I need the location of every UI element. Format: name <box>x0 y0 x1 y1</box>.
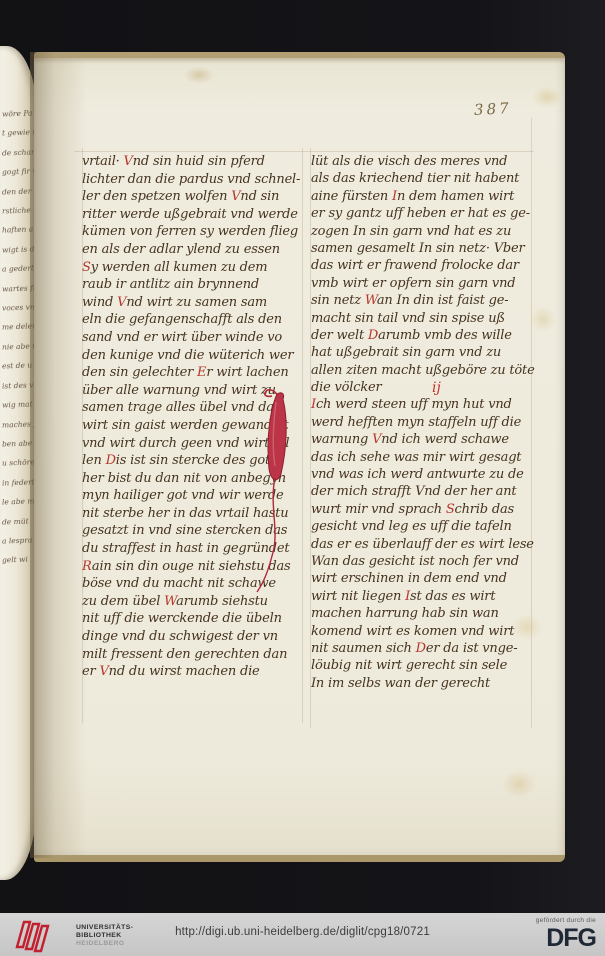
manuscript-line: Wan das gesicht ist noch fer vnd <box>311 553 537 570</box>
manuscript-line: lichter dan die pardus vnd schnel- <box>82 171 308 189</box>
manuscript-line: löubig nit wirt gerecht sin sele <box>311 657 537 674</box>
facing-page-text-fragment: a lespra <box>0 530 36 551</box>
manuscript-line: ritter werde ußgebrait vnd werde <box>82 206 308 224</box>
manuscript-line: das wirt er frawend frolocke dar <box>311 257 537 274</box>
manuscript-line: allen ziten macht ußgeböre zu töte <box>311 362 537 379</box>
facing-page-text-fragment: voces vnd d <box>0 297 36 318</box>
funding-note: gefördert durch die <box>536 917 596 924</box>
folio-number: 387 <box>474 99 513 119</box>
facing-page-text-fragment: u schöre <box>0 453 36 474</box>
manuscript-line: wirt nit liegen Ist das es wirt <box>311 588 537 605</box>
manuscript-line: das ich sehe was mir wirt gesagt <box>311 449 537 466</box>
manuscript-line: hat ußgebrait sin garn vnd zu <box>311 344 537 361</box>
manuscript-line: nit saumen sich Der da ist vnge- <box>311 640 537 657</box>
quire-mark: ij <box>432 380 441 396</box>
facing-page-text-fragment: de scham <box>0 142 36 163</box>
facing-page-text-fragment: wöre Pa <box>0 103 36 124</box>
manuscript-line: der mich strafft Vnd der her ant <box>311 483 537 500</box>
manuscript-line: den kunige vnd die wüterich wer <box>82 347 308 365</box>
manuscript-line: nit uff die werckende die übeln <box>82 610 308 628</box>
facing-page-text-fragment: t gewie n <box>0 123 36 144</box>
rubricated-letter: E <box>197 365 206 380</box>
manuscript-line: dinge vnd du schwigest der vn <box>82 628 308 646</box>
manuscript-line: raub ir antlitz ain brynnend <box>82 276 308 294</box>
manuscript-line: sand vnd er wirt über winde vo <box>82 329 308 347</box>
rubricated-letter: V <box>117 295 126 310</box>
manuscript-line: milt fressent den gerechten dan <box>82 646 308 664</box>
ub-logo-line3: HEIDELBERG <box>76 940 133 948</box>
manuscript-line: als das kriechend tier nit habent <box>311 170 537 187</box>
rubricated-letter: D <box>106 453 116 468</box>
parchment-stain <box>184 66 214 84</box>
rubricated-letter: V <box>99 664 108 679</box>
manuscript-line: Sy werden all kumen zu dem <box>82 259 308 277</box>
facing-page-fragments: wöre Pat gewie nde schamgogt fir wden de… <box>0 104 36 570</box>
facing-page-text-fragment: wig mat <box>0 394 36 415</box>
facing-page-text-fragment: de müt <box>0 511 36 532</box>
manuscript-line: den sin gelechter Er wirt lachen <box>82 364 308 382</box>
manuscript-line: samen gesamelt In sin netz· Vber <box>311 240 537 257</box>
manuscript-line: wirt erschinen in dem end vnd <box>311 570 537 587</box>
manuscript-line: en als der adlar ylend zu essen <box>82 241 308 259</box>
rubricated-letter: V <box>372 432 381 447</box>
facing-page-text-fragment: gelt wi <box>0 550 36 571</box>
manuscript-line: kümen von ferren sy werden flieg <box>82 223 308 241</box>
rubricated-letter: S <box>446 502 455 517</box>
rubricated-letter: W <box>164 594 176 609</box>
facing-page-text-fragment: rstliche m <box>0 200 36 221</box>
rubricated-letter: V <box>124 154 133 169</box>
initial-flourish-decoration <box>254 386 300 606</box>
manuscript-line: vnd was ich werd antwurte zu de <box>311 466 537 483</box>
manuscript-line: er Vnd du wirst machen die <box>82 663 308 681</box>
ruling-line <box>74 151 534 152</box>
facing-page-text-fragment: le abe m <box>0 492 36 513</box>
rubricated-letter <box>411 484 415 499</box>
manuscript-line: gesicht vnd leg es uff die tafeln <box>311 518 537 535</box>
rubricated-letter: I <box>392 189 397 204</box>
manuscript-line: eln die gefangenschafft als den <box>82 311 308 329</box>
facing-page-text-fragment: a gederbn <box>0 259 36 280</box>
manuscript-line: aine fürsten In dem hamen wirt <box>311 188 537 205</box>
manuscript-line: vmb wirt er opfern sin garn vnd <box>311 275 537 292</box>
footer-bar: UNIVERSITÄTS- BIBLIOTHEK HEIDELBERG http… <box>0 913 605 956</box>
scan-viewport: 387 vrtail· Vnd sin huid sin pferdlichte… <box>0 0 605 956</box>
facing-page-text-fragment: in federt <box>0 472 36 493</box>
manuscript-line: die völcker <box>311 379 537 396</box>
rubricated-letter: V <box>231 189 240 204</box>
rubricated-letter: D <box>368 328 378 343</box>
parchment-stain <box>502 770 536 798</box>
facing-page-text-fragment: wigt is d <box>0 239 36 260</box>
manuscript-line: ler den spetzen wolfen Vnd sin <box>82 188 308 206</box>
facing-page-text-fragment: wartes fil <box>0 278 36 299</box>
parchment-stain <box>532 86 562 108</box>
manuscript-line: lüt als die visch des meres vnd <box>311 153 537 170</box>
manuscript-page: 387 vrtail· Vnd sin huid sin pferdlichte… <box>34 52 565 862</box>
facing-page-text-fragment: nie abe m <box>0 336 36 357</box>
rubricated-letter: S <box>82 260 91 275</box>
digitization-url: http://digi.ub.uni-heidelberg.de/diglit/… <box>0 926 605 938</box>
manuscript-line: Ich werd steen uff myn hut vnd <box>311 396 537 413</box>
manuscript-line: zogen In sin garn vnd hat es zu <box>311 223 537 240</box>
dfg-logo: DFG <box>536 926 596 950</box>
facing-page-text-fragment: maches fe <box>0 414 36 435</box>
manuscript-line: warnung Vnd ich werd schawe <box>311 431 537 448</box>
facing-page-text-fragment: me delere <box>0 317 36 338</box>
facing-page-text-fragment: haften a <box>0 220 36 241</box>
manuscript-line: wind Vnd wirt zu samen sam <box>82 294 308 312</box>
text-column-right: lüt als die visch des meres vndals das k… <box>311 153 537 692</box>
rubricated-letter: I <box>405 589 410 604</box>
facing-page-edge: wöre Pat gewie nde schamgogt fir wden de… <box>0 46 37 880</box>
manuscript-line: werd hefften myn staffeln uff die <box>311 414 537 431</box>
manuscript-line: In im selbs wan der gerecht <box>311 675 537 692</box>
manuscript-line: vrtail· Vnd sin huid sin pferd <box>82 153 308 171</box>
manuscript-line: der welt Darumb vmb des wille <box>311 327 537 344</box>
facing-page-text-fragment: ist des ve <box>0 375 36 396</box>
manuscript-line: das er es überlauff der es wirt lese <box>311 536 537 553</box>
facing-page-text-fragment: est de u <box>0 356 36 377</box>
rubricated-letter: I <box>311 397 316 412</box>
facing-page-text-fragment: den der u <box>0 181 36 202</box>
manuscript-line: er sy gantz uff heben er hat es ge- <box>311 205 537 222</box>
rubricated-letter: D <box>416 641 426 656</box>
manuscript-line: wurt mir vnd sprach Schrib das <box>311 501 537 518</box>
manuscript-line: macht sin tail vnd sin spise uß <box>311 310 537 327</box>
rubricated-letter: W <box>365 293 377 308</box>
funding-block: gefördert durch die DFG <box>536 917 596 950</box>
manuscript-line: sin netz Wan In din ist faist ge- <box>311 292 537 309</box>
rubricated-letter: R <box>82 559 92 574</box>
facing-page-text-fragment: gogt fir w <box>0 162 36 183</box>
manuscript-line: komend wirt es komen vnd wirt <box>311 623 537 640</box>
facing-page-text-fragment: ben abe <box>0 433 36 454</box>
manuscript-line: machen harrung hab sin wan <box>311 605 537 622</box>
